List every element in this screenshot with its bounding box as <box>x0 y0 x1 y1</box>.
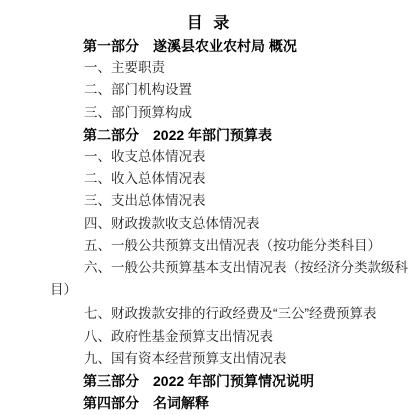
toc-item-part1-3: 三、部门预算构成 <box>50 102 393 124</box>
toc-item-part2-6-continuation: 目） <box>50 279 393 301</box>
toc-item-part2-8: 八、政府性基金预算支出情况表 <box>50 326 393 348</box>
toc-item-part2-7: 七、财政拨款安排的行政经费及“三公”经费预算表 <box>50 303 393 325</box>
toc-item-part1-1: 一、主要职责 <box>50 57 393 79</box>
toc-item-part2-3: 三、支出总体情况表 <box>50 190 393 212</box>
section-heading-part1: 第一部分 遂溪县农业农村局 概况 <box>50 35 393 57</box>
toc-item-part2-5: 五、一般公共预算支出情况表（按功能分类科目） <box>50 235 393 257</box>
section-heading-part4: 第四部分 名词解释 <box>50 392 393 414</box>
toc-item-part2-1: 一、收支总体情况表 <box>50 146 393 168</box>
toc-item-part2-2: 二、收入总体情况表 <box>50 168 393 190</box>
section-heading-part2: 第二部分 2022 年部门预算表 <box>50 124 393 146</box>
toc-item-part2-4: 四、财政拨款收支总体情况表 <box>50 213 393 235</box>
section-heading-part3: 第三部分 2022 年部门预算情况说明 <box>50 370 393 392</box>
page-title: 目 录 <box>0 13 419 35</box>
toc-item-part2-9: 九、国有资本经营预算支出情况表 <box>50 348 393 370</box>
toc-page: 目 录 第一部分 遂溪县农业农村局 概况 一、主要职责 二、部门机构设置 三、部… <box>0 0 419 415</box>
toc-item-part2-6: 六、一般公共预算基本支出情况表（按经济分类款级科 <box>50 257 393 279</box>
toc-item-part1-2: 二、部门机构设置 <box>50 79 393 101</box>
